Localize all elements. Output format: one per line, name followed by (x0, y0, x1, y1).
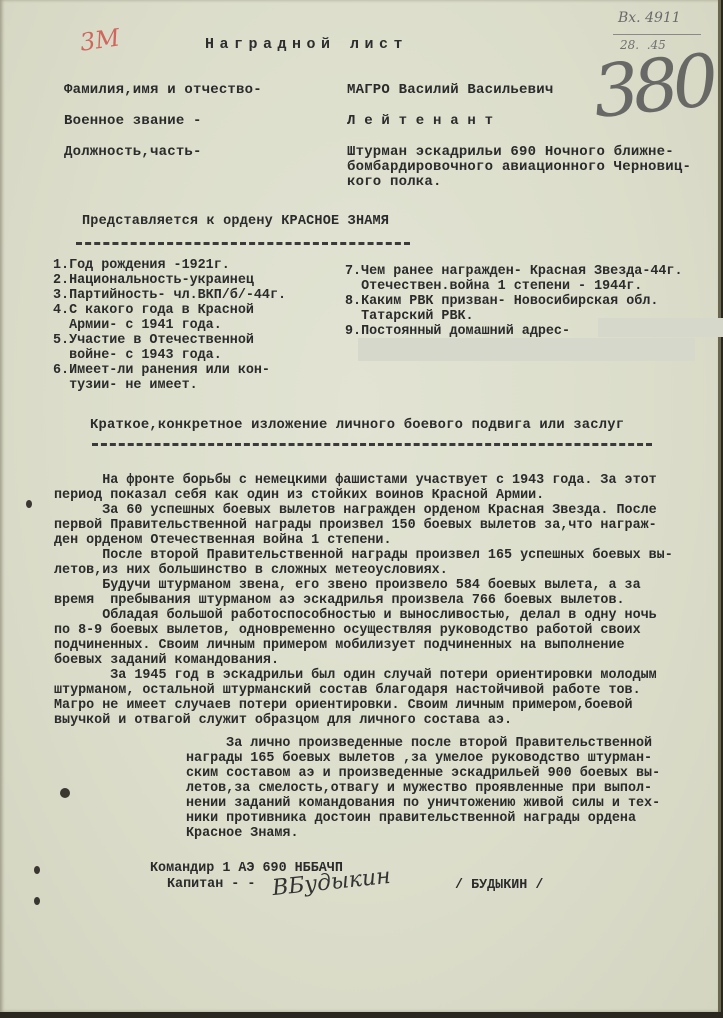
red-pencil-mark: 3М (78, 23, 121, 56)
summary-underline (92, 443, 652, 446)
nomination-underline (76, 242, 410, 245)
summary-line: период показал себя как один из стойких … (54, 488, 544, 503)
field-value-rank: Л е й т е н а н т (347, 113, 493, 129)
field-value-name: МАГРО Василий Васильевич (347, 82, 553, 98)
binder-hole (34, 866, 40, 874)
summary-line: Будучи штурманом звена, его звено произв… (54, 578, 641, 593)
summary-line: На фронте борьбы с немецкими фашистами у… (54, 473, 657, 488)
conclusion-line: ским составом аэ и произведенные эскадри… (186, 766, 660, 781)
summary-heading: Краткое,конкретное изложение личного бое… (90, 418, 624, 433)
item-6: 6.Имеет-ли ранения или кон- (53, 363, 270, 378)
summary-line: боевых заданий командования. (54, 653, 279, 668)
conclusion-line: ники противника достоин правительственно… (186, 811, 636, 826)
field-label-position: Должность,часть- (64, 144, 202, 160)
award-sheet-page: 3М Наградной лист Вх. 4911 28. .45 380 Ф… (0, 0, 721, 1012)
field-label-rank: Военное звание - (64, 113, 202, 129)
binder-hole (34, 897, 40, 905)
field-value-position-line2: бомбардировочного авиационного Черновиц- (347, 159, 691, 175)
summary-line: летов,из них большинство в сложных метео… (54, 563, 448, 578)
field-value-position-line3: кого полка. (347, 174, 442, 190)
conclusion-line: Красное Знамя. (186, 826, 299, 841)
pencil-number: 380 (589, 38, 717, 134)
summary-line: За 1945 год в эскадрильи был один случай… (54, 668, 657, 683)
summary-line: ден орденом Отечественная война 1 степен… (54, 533, 392, 548)
item-6-cont: тузии- не имеет. (53, 378, 198, 393)
item-4-cont: Армии- с 1941 года. (53, 318, 222, 333)
item-9: 9.Постоянный домашний адрес- (345, 324, 570, 339)
item-8-cont: Татарский РВК. (345, 309, 474, 324)
signatory-rank: Капитан - - (167, 877, 255, 892)
item-3: 3.Партийность- чл.ВКП/б/-44г. (53, 288, 286, 303)
incoming-stamp: Вх. 4911 (618, 10, 681, 26)
redaction-box (358, 338, 695, 361)
paper-damage-mark (60, 788, 70, 798)
conclusion-line: летов,за смелость,отвагу и мужество проя… (186, 781, 652, 796)
stamp-underline (613, 34, 701, 35)
item-8: 8.Каким РВК призван- Новосибирская обл. (345, 294, 658, 309)
nomination-line: Представляется к ордену КРАСНОЕ ЗНАМЯ (82, 214, 389, 229)
summary-line: штурманом, остальной штурманский состав … (54, 683, 641, 698)
summary-line: Магро не имеет случаев потери ориентиров… (54, 698, 633, 713)
item-4: 4.С какого года в Красной (53, 303, 254, 318)
summary-line: время пребывания штурманом аэ эскадрилья… (54, 593, 625, 608)
summary-line: подчиненных. Своим личным примером мобил… (54, 638, 625, 653)
conclusion-line: нении заданий командования по уничтожени… (186, 796, 660, 811)
field-value-position-line1: Штурман эскадрильи 690 Ночного ближне- (347, 144, 674, 160)
item-5-cont: войне- с 1943 года. (53, 348, 222, 363)
field-label-name: Фамилия,имя и отчество- (64, 82, 262, 98)
summary-line: За 60 успешных боевых вылетов награжден … (54, 503, 657, 518)
item-7: 7.Чем ранее награжден- Красная Звезда-44… (345, 264, 683, 279)
redaction-box (598, 318, 723, 337)
item-2: 2.Национальность-украинец (53, 273, 254, 288)
summary-line: Обладая большой работоспособностью и вын… (54, 608, 657, 623)
item-7-cont: Отечествен.война 1 степени - 1944г. (345, 279, 642, 294)
item-1: 1.Год рождения -1921г. (53, 258, 230, 273)
summary-line: выучкой и отвагой служит образцом для ли… (54, 713, 512, 728)
item-5: 5.Участие в Отечественной (53, 333, 254, 348)
summary-line: по 8-9 боевых вылетов, одновременно осущ… (54, 623, 641, 638)
binder-hole (26, 500, 32, 508)
summary-line: После второй Правительственной награды п… (54, 548, 673, 563)
summary-line: первой Правительственной награды произве… (54, 518, 657, 533)
conclusion-line: За лично произведенные после второй Прав… (186, 736, 652, 751)
conclusion-line: награды 165 боевых вылетов ,за умелое ру… (186, 751, 652, 766)
document-title: Наградной лист (205, 36, 408, 53)
signatory-name: / БУДЫКИН / (455, 878, 543, 893)
